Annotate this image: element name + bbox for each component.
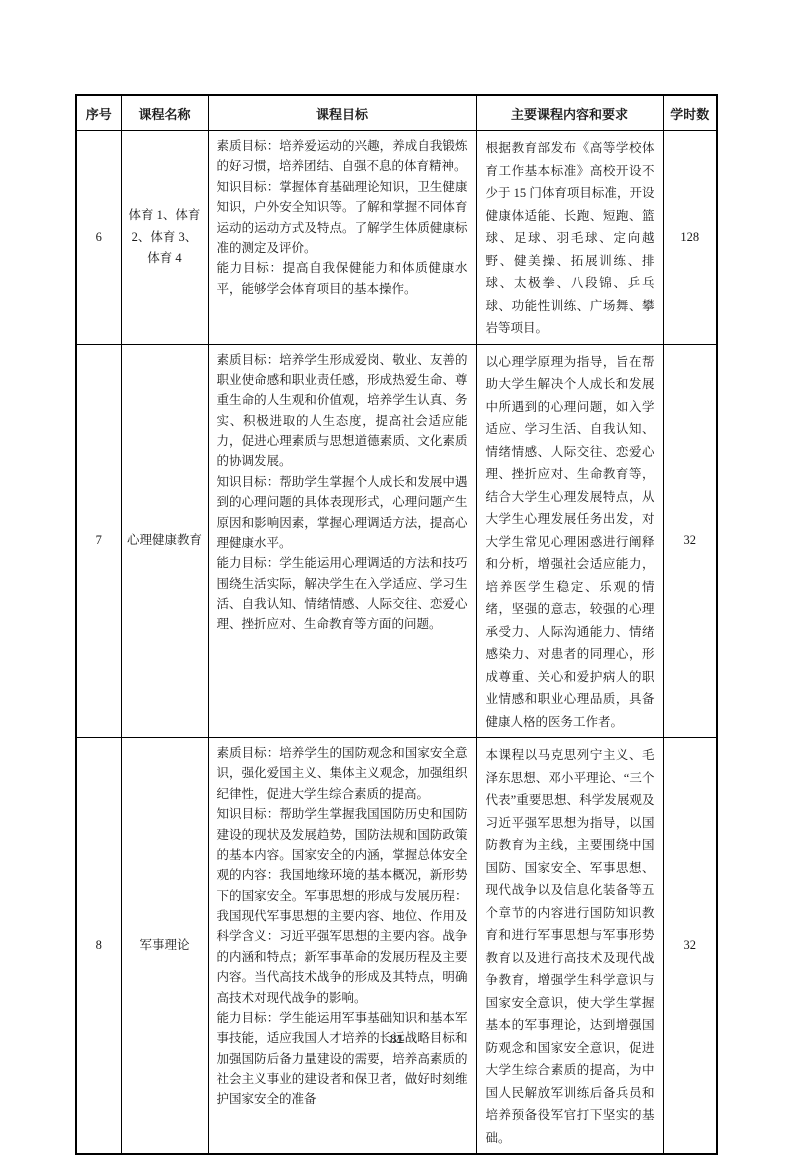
- course-table: 序号 课程名称 课程目标 主要课程内容和要求 学时数 6 体育 1、体育 2、体…: [75, 94, 718, 1155]
- objective-paragraph: 知识目标：帮助学生掌握我国国防历史和国防建设的现状及发展趋势，国防法规和国防政策…: [217, 804, 468, 1008]
- course-hours-cell: 32: [663, 738, 717, 1155]
- course-content-cell: 根据教育部发布《高等学校体育工作基本标准》高校开设不少于 15 门体育项目标准，…: [476, 131, 663, 345]
- row-number-cell: 8: [76, 738, 121, 1155]
- objective-paragraph: 能力目标：提高自我保健能力和体质健康水平，能够学会体育项目的基本操作。: [217, 258, 468, 299]
- objective-paragraph: 能力目标：学生能运用军事基础知识和基本军事技能，适应我国人才培养的长远战略目标和…: [217, 1008, 468, 1110]
- course-hours-cell: 32: [663, 344, 717, 738]
- column-header-hours: 学时数: [663, 95, 717, 131]
- column-header-name: 课程名称: [121, 95, 208, 131]
- table-row: 6 体育 1、体育 2、体育 3、体育 4 素质目标：培养爱运动的兴趣，养成自我…: [76, 131, 717, 345]
- course-objectives-cell: 素质目标：培养爱运动的兴趣，养成自我锻炼的好习惯，培养团结、自强不息的体育精神。…: [208, 131, 476, 345]
- objective-paragraph: 知识目标：帮助学生掌握个人成长和发展中遇到的心理问题的具体表现形式，心理问题产生…: [217, 472, 468, 554]
- column-header-no: 序号: [76, 95, 121, 131]
- course-objectives-cell: 素质目标：培养学生形成爱岗、敬业、友善的职业使命感和职业责任感，形成热爱生命、尊…: [208, 344, 476, 738]
- objective-paragraph: 素质目标：培养学生的国防观念和国家安全意识，强化爱国主义、集体主义观念，加强组织…: [217, 743, 468, 804]
- table-row: 7 心理健康教育 素质目标：培养学生形成爱岗、敬业、友善的职业使命感和职业责任感…: [76, 344, 717, 738]
- column-header-content: 主要课程内容和要求: [476, 95, 663, 131]
- course-objectives-cell: 素质目标：培养学生的国防观念和国家安全意识，强化爱国主义、集体主义观念，加强组织…: [208, 738, 476, 1155]
- page-number: 81: [0, 1031, 793, 1047]
- document-page: 序号 课程名称 课程目标 主要课程内容和要求 学时数 6 体育 1、体育 2、体…: [0, 0, 793, 1122]
- course-name-cell: 军事理论: [121, 738, 208, 1155]
- objective-paragraph: 能力目标：学生能运用心理调适的方法和技巧围绕生活实际，解决学生在入学适应、学习生…: [217, 553, 468, 635]
- row-number-cell: 6: [76, 131, 121, 345]
- course-name-cell: 体育 1、体育 2、体育 3、体育 4: [121, 131, 208, 345]
- objective-paragraph: 知识目标：掌握体育基础理论知识，卫生健康知识，户外安全知识等。了解和掌握不同体育…: [217, 177, 468, 259]
- row-number-cell: 7: [76, 344, 121, 738]
- objective-paragraph: 素质目标：培养爱运动的兴趣，养成自我锻炼的好习惯，培养团结、自强不息的体育精神。: [217, 136, 468, 177]
- course-name-cell: 心理健康教育: [121, 344, 208, 738]
- objective-paragraph: 素质目标：培养学生形成爱岗、敬业、友善的职业使命感和职业责任感，形成热爱生命、尊…: [217, 350, 468, 472]
- course-hours-cell: 128: [663, 131, 717, 345]
- column-header-objectives: 课程目标: [208, 95, 476, 131]
- course-content-cell: 以心理学原理为指导，旨在帮助大学生解决个人成长和发展中所遇到的心理问题，如入学适…: [476, 344, 663, 738]
- table-row: 8 军事理论 素质目标：培养学生的国防观念和国家安全意识，强化爱国主义、集体主义…: [76, 738, 717, 1155]
- header-row: 序号 课程名称 课程目标 主要课程内容和要求 学时数: [76, 95, 717, 131]
- course-content-cell: 本课程以马克思列宁主义、毛泽东思想、邓小平理论、“三个代表”重要思想、科学发展观…: [476, 738, 663, 1155]
